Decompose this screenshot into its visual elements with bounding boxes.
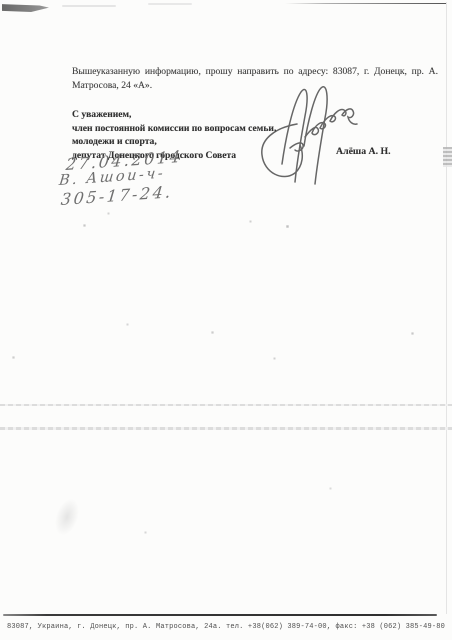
footer-divider-line: [3, 614, 437, 616]
scan-noise-specks: [0, 0, 1, 1]
scan-line-band: [0, 404, 452, 406]
scan-line-band: [0, 427, 452, 430]
scan-smudge-top-left: [2, 3, 49, 12]
faint-pencil-mark: [51, 496, 84, 539]
address-paragraph-line1: Вышеуказанную информацию, прошу направит…: [72, 65, 438, 79]
footer-address-line: 83087, Украина, г. Донецк, пр. А. Матрос…: [7, 623, 452, 631]
scan-fold-line-right: [446, 2, 447, 614]
signature-flourish-icon: [252, 84, 358, 188]
scan-smudge-right-edge: [443, 147, 452, 167]
scan-edge-line-top: [285, 3, 446, 4]
scanned-letter-page: Вышеуказанную информацию, прошу направит…: [0, 0, 452, 640]
scan-streak: [62, 5, 116, 7]
scan-streak: [148, 3, 192, 5]
